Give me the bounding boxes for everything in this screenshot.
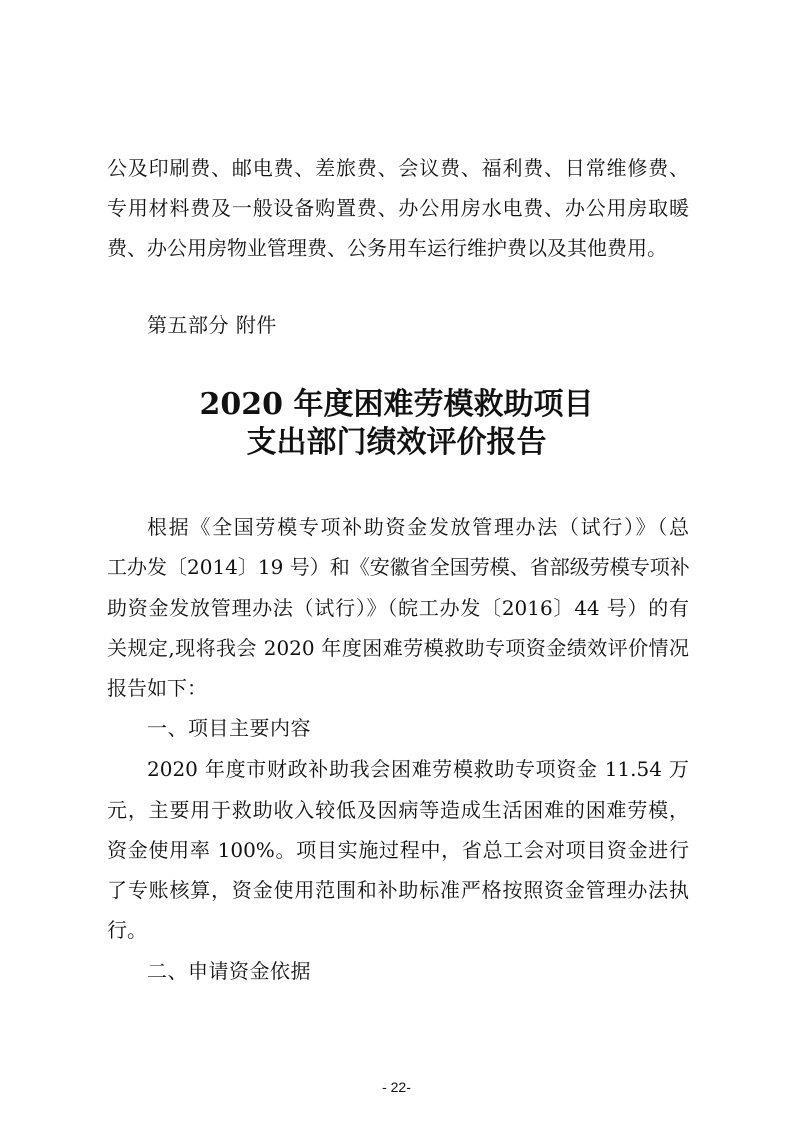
- paragraph-line: 报告如下：: [107, 668, 689, 708]
- paragraph-line: 专用材料费及一般设备购置费、办公用房水电费、办公用房取暖: [107, 188, 689, 228]
- section-heading: 二、申请资金依据: [147, 951, 311, 991]
- section-heading: 一、项目主要内容: [147, 708, 311, 748]
- paragraph-line: 根据《全国劳模专项补助资金发放管理办法（试行）》（总: [147, 507, 689, 547]
- paragraph-line: 了专账核算，资金使用范围和补助标准严格按照资金管理办法执: [107, 870, 689, 910]
- paragraph-line: 关规定,现将我会 2020 年度困难劳模救助专项资金绩效评价情况: [107, 628, 689, 668]
- paragraph-line: 工办发〔2014〕19 号）和《安徽省全国劳模、省部级劳模专项补: [107, 547, 689, 587]
- paragraph-line: 2020 年度市财政补助我会困难劳模救助专项资金 11.54 万: [147, 749, 689, 789]
- title-line-2: 支出部门绩效评价报告: [0, 423, 793, 463]
- paragraph-line: 资金使用率 100%。项目实施过程中，省总工会对项目资金进行: [107, 830, 689, 870]
- section-label: 第五部分 附件: [147, 305, 277, 345]
- page-number: - 22-: [0, 1077, 793, 1097]
- paragraph-line: 行。: [107, 910, 689, 950]
- paragraph-line: 公及印刷费、邮电费、差旅费、会议费、福利费、日常维修费、: [107, 148, 689, 188]
- paragraph-line: 元，主要用于救助收入较低及因病等造成生活困难的困难劳模，: [107, 790, 689, 830]
- paragraph-line: 助资金发放管理办法（试行）》（皖工办发〔2016〕44 号）的有: [107, 588, 689, 628]
- document-page: 公及印刷费、邮电费、差旅费、会议费、福利费、日常维修费、 专用材料费及一般设备购…: [0, 0, 793, 1122]
- paragraph-line: 费、办公用房物业管理费、公务用车运行维护费以及其他费用。: [107, 228, 689, 268]
- title-line-1: 2020 年度困难劳模救助项目: [0, 385, 793, 425]
